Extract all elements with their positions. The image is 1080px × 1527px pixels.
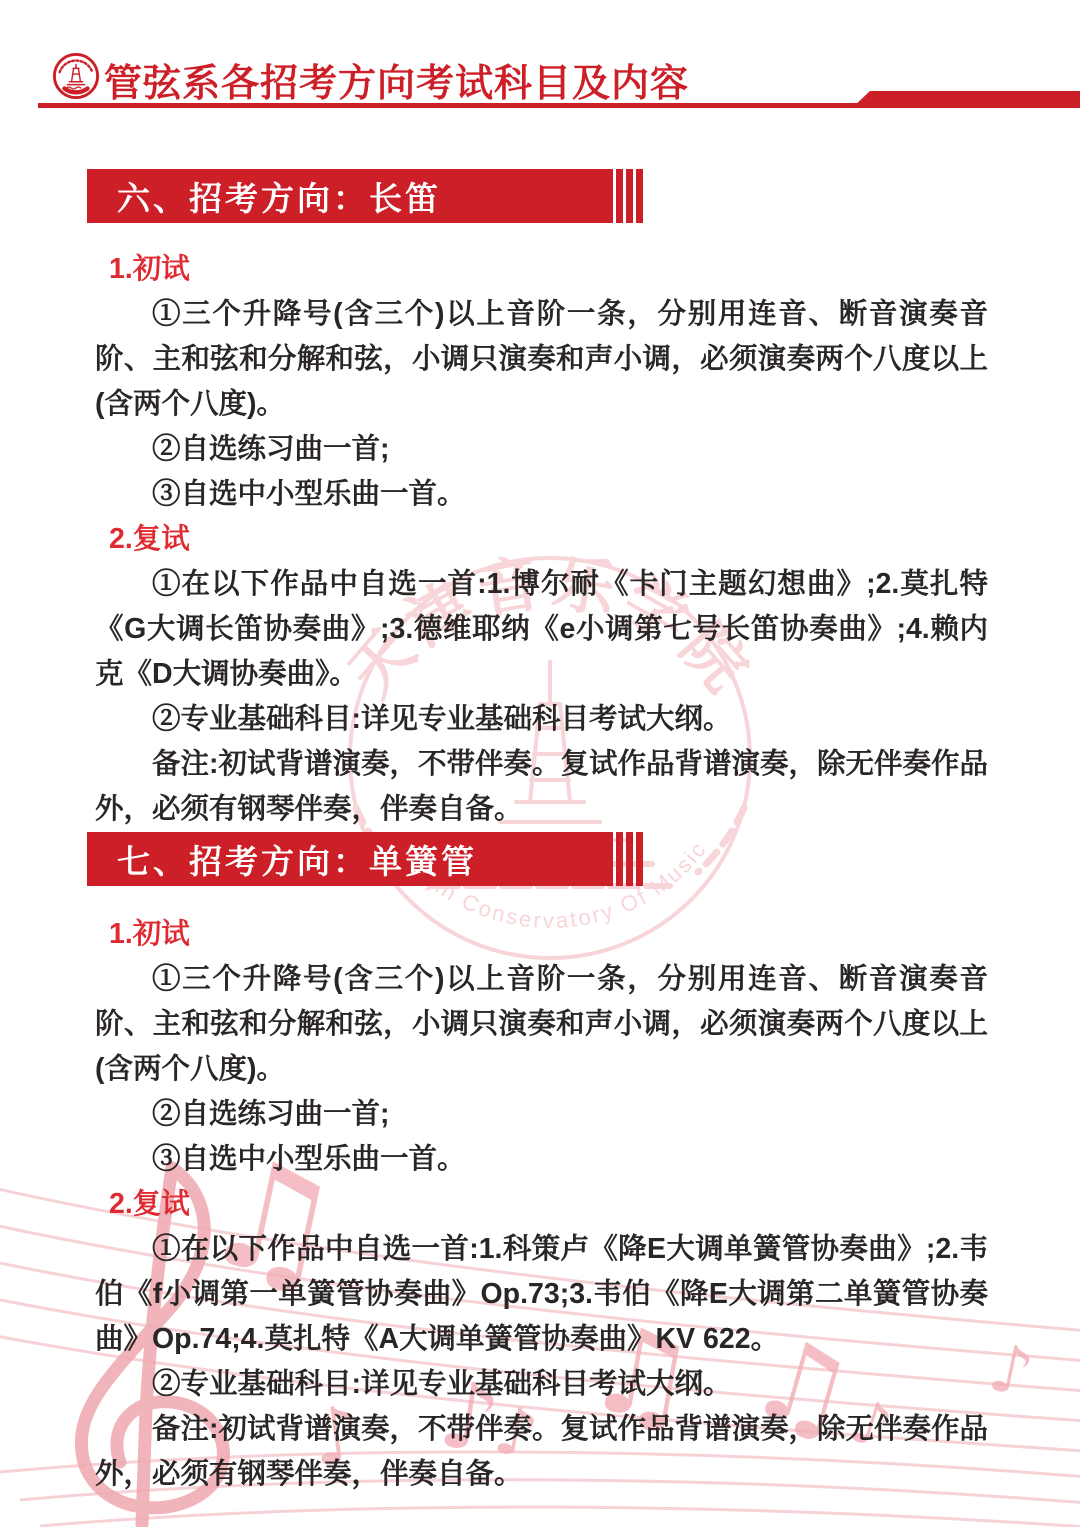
- section-body-flute: 1.初试 ①三个升降号(含三个)以上音阶一条，分别用连音、断音演奏音阶、主和弦和…: [95, 247, 988, 832]
- section-banner-title: 七、招考方向：单簧管: [87, 836, 477, 883]
- exam-item: ①在以下作品中自选一首:1.科策卢《降E大调单簧管协奏曲》;2.韦伯《f小调第一…: [95, 1227, 988, 1362]
- exam-item: ①三个升降号(含三个)以上音阶一条，分别用连音、断音演奏音阶、主和弦和分解和弦，…: [95, 292, 988, 427]
- exam-item: ②自选练习曲一首;: [95, 1092, 988, 1137]
- section-banner-flute: 六、招考方向：长笛: [87, 169, 613, 223]
- exam-round-heading: 1.初试: [95, 912, 988, 957]
- section-banner-clarinet: 七、招考方向：单簧管: [87, 832, 613, 886]
- note-paragraph: 备注:初试背谱演奏，不带伴奏。复试作品背谱演奏，除无伴奏作品外，必须有钢琴伴奏，…: [95, 1407, 988, 1497]
- banner-stripes-decoration: [616, 169, 643, 223]
- exam-round-heading: 2.复试: [95, 1182, 988, 1227]
- page: 天津音乐学院: [0, 0, 1080, 1527]
- exam-item: ②专业基础科目:详见专业基础科目考试大纲。: [95, 1362, 988, 1407]
- exam-item: ①在以下作品中自选一首:1.博尔耐《卡门主题幻想曲》;2.莫扎特《G大调长笛协奏…: [95, 562, 988, 697]
- exam-item: ①三个升降号(含三个)以上音阶一条，分别用连音、断音演奏音阶、主和弦和分解和弦，…: [95, 957, 988, 1092]
- section-body-clarinet: 1.初试 ①三个升降号(含三个)以上音阶一条，分别用连音、断音演奏音阶、主和弦和…: [95, 912, 988, 1497]
- note-paragraph: 备注:初试背谱演奏，不带伴奏。复试作品背谱演奏，除无伴奏作品外，必须有钢琴伴奏，…: [95, 742, 988, 832]
- music-note-icon: ♪: [984, 1334, 1039, 1407]
- exam-round-heading: 1.初试: [95, 247, 988, 292]
- header-rule-accent: [852, 91, 1080, 108]
- section-banner-title: 六、招考方向：长笛: [87, 173, 441, 220]
- exam-item: ②专业基础科目:详见专业基础科目考试大纲。: [95, 697, 988, 742]
- exam-item: ③自选中小型乐曲一首。: [95, 472, 988, 517]
- page-title: 管弦系各招考方向考试科目及内容: [104, 52, 689, 107]
- school-logo-icon: [52, 52, 100, 100]
- exam-item: ③自选中小型乐曲一首。: [95, 1137, 988, 1182]
- banner-stripes-decoration: [616, 832, 643, 886]
- exam-item: ②自选练习曲一首;: [95, 427, 988, 472]
- exam-round-heading: 2.复试: [95, 517, 988, 562]
